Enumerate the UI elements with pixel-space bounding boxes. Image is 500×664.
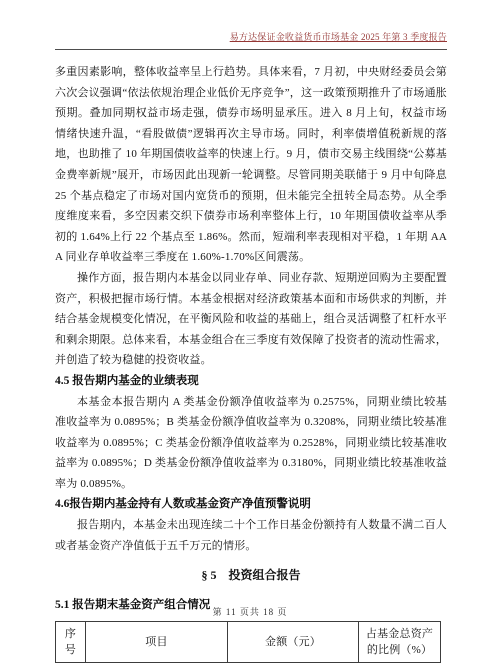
paragraph-market-review: 多重因素影响，整体收益率呈上行趋势。具体来看，7 月初，中央财经委员会第六次会议… [55, 62, 447, 268]
table-header-ratio: 占基金总资产的比例（%） [359, 622, 441, 663]
paragraph-fund-operations: 操作方面，报告期内本基金以同业存单、同业存款、短期逆回购为主要配置资产，积极把握… [55, 268, 447, 371]
section-4-5-heading: 4.5 报告期内基金的业绩表现 [55, 371, 447, 392]
table-header-amount: 金额（元） [228, 622, 359, 663]
section-5-heading: § 5 投资组合报告 [55, 565, 447, 586]
table-header-row: 序号 项目 金额（元） 占基金总资产的比例（%） [56, 622, 441, 663]
report-page: 易方达保证金收益货币市场基金 2025 年第 3 季度报告 多重因素影响，整体收… [0, 0, 500, 664]
paragraph-performance: 本基金本报告期内 A 类基金份额净值收益率为 0.2575%，同期业绩比较基准收… [55, 392, 447, 495]
section-4-6-heading: 4.6报告期内基金持有人数或基金资产净值预警说明 [55, 494, 447, 515]
page-footer: 第 11 页共 18 页 [0, 602, 500, 620]
page-content: 易方达保证金收益货币市场基金 2025 年第 3 季度报告 多重因素影响，整体收… [55, 0, 447, 663]
page-header: 易方达保证金收益货币市场基金 2025 年第 3 季度报告 [55, 0, 447, 50]
asset-composition-table: 序号 项目 金额（元） 占基金总资产的比例（%） [55, 621, 441, 663]
report-header-title: 易方达保证金收益货币市场基金 2025 年第 3 季度报告 [230, 32, 447, 42]
document-body: 多重因素影响，整体收益率呈上行趋势。具体来看，7 月初，中央财经委员会第六次会议… [55, 50, 447, 663]
table-header-seq: 序号 [56, 622, 86, 663]
paragraph-holder-warning: 报告期内，本基金未出现连续二十个工作日基金份额持有人数量不满二百人或者基金资产净… [55, 515, 447, 556]
table-header-item: 项目 [86, 622, 228, 663]
page-number: 第 11 页共 18 页 [213, 607, 288, 617]
